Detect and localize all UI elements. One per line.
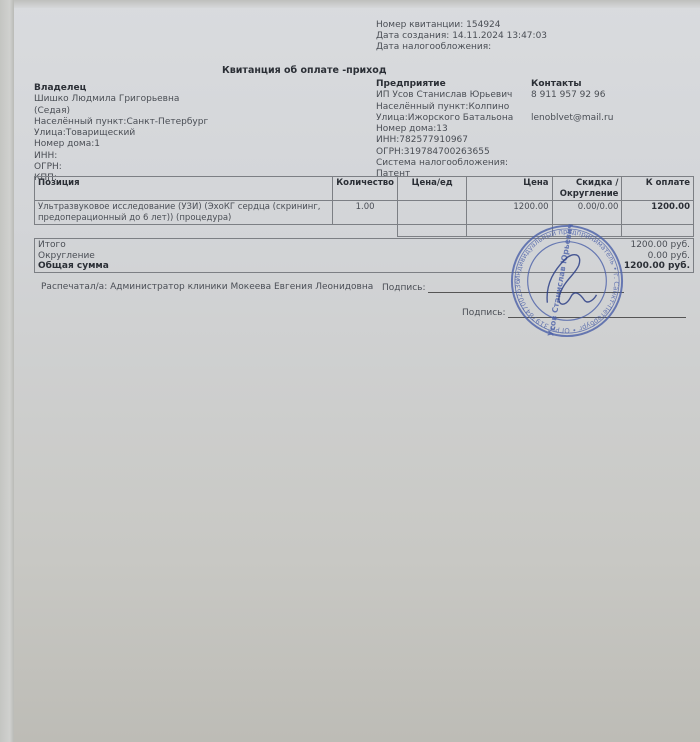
- total-value: 1200.00 руб.: [624, 261, 690, 272]
- owner-heading: Владелец: [34, 83, 208, 94]
- col-header-position: Позиция: [35, 177, 333, 201]
- col-header-price: Цена: [467, 177, 552, 201]
- owner-block: Владелец Шишко Людмила Григорьевна (Седа…: [34, 83, 208, 185]
- company-block: Предприятие ИП Усов Станислав Юрьевич На…: [376, 79, 513, 181]
- table-header-row: Позиция Количество Цена/ед Цена Скидка /…: [35, 177, 694, 201]
- rounding-value: 0.00 руб.: [648, 251, 690, 262]
- company-line: ИП Усов Станислав Юрьевич: [376, 90, 513, 101]
- table-row: Ультразвуковое исследование (УЗИ) (ЭхоКГ…: [35, 201, 694, 225]
- paper-edge-left: [0, 0, 14, 742]
- cell-quantity: 1.00: [333, 201, 398, 225]
- col-header-unit-price: Цена/ед: [397, 177, 466, 201]
- document-title: Квитанция об оплате -приход: [222, 65, 387, 76]
- contacts-block: Контакты 8 911 957 92 96 lenoblvet@mail.…: [531, 79, 613, 124]
- contacts-heading: Контакты: [531, 79, 613, 90]
- rounding-label: Округление: [38, 251, 95, 262]
- total-label: Общая сумма: [38, 261, 109, 272]
- owner-line: Населённый пункт:Санкт-Петербург: [34, 117, 208, 128]
- cell-discount: 0.00/0.00: [552, 201, 622, 225]
- owner-line: ОГРН:: [34, 162, 208, 173]
- col-header-discount: Скидка / Округление: [552, 177, 622, 201]
- contact-spacer: [531, 102, 613, 113]
- col-header-to-pay: К оплате: [622, 177, 694, 201]
- owner-line: Номер дома:1: [34, 139, 208, 150]
- cell-to-pay: 1200.00: [622, 201, 694, 225]
- receipt-number: Номер квитанции: 154924: [376, 20, 547, 31]
- receipt-meta: Номер квитанции: 154924 Дата создания: 1…: [376, 20, 547, 53]
- company-line: Номер дома:13: [376, 124, 513, 135]
- company-line: ОГРН:319784700263655: [376, 147, 513, 158]
- paper-edge-top: [0, 0, 700, 8]
- contact-phone: 8 911 957 92 96: [531, 90, 613, 101]
- owner-line: Шишко Людмила Григорьевна: [34, 94, 208, 105]
- owner-line: (Седая): [34, 106, 208, 117]
- company-line: Улица:Ижорского Батальона: [376, 113, 513, 124]
- printed-by: Распечатал/а: Администратор клиники Моке…: [41, 282, 373, 292]
- subtotal-value: 1200.00 руб.: [630, 240, 690, 251]
- contact-email: lenoblvet@mail.ru: [531, 113, 613, 124]
- company-line: ИНН:782577910967: [376, 135, 513, 146]
- owner-line: Улица:Товарищеский: [34, 128, 208, 139]
- company-stamp-icon: Индивидуальный предприниматель • г. Санк…: [508, 222, 626, 340]
- company-line: Населённый пункт:Колпино: [376, 102, 513, 113]
- receipt-sheet: Номер квитанции: 154924 Дата создания: 1…: [14, 8, 700, 742]
- tax-date: Дата налогообложения:: [376, 42, 547, 53]
- cell-price: 1200.00: [467, 201, 552, 225]
- cell-position: Ультразвуковое исследование (УЗИ) (ЭхоКГ…: [35, 201, 333, 225]
- company-heading: Предприятие: [376, 79, 513, 90]
- owner-line: ИНН:: [34, 151, 208, 162]
- cell-unit-price: [397, 201, 466, 225]
- company-line: Система налогообложения:: [376, 158, 513, 169]
- subtotal-label: Итого: [38, 240, 66, 251]
- col-header-quantity: Количество: [333, 177, 398, 201]
- created-date: Дата создания: 14.11.2024 13:47:03: [376, 31, 547, 42]
